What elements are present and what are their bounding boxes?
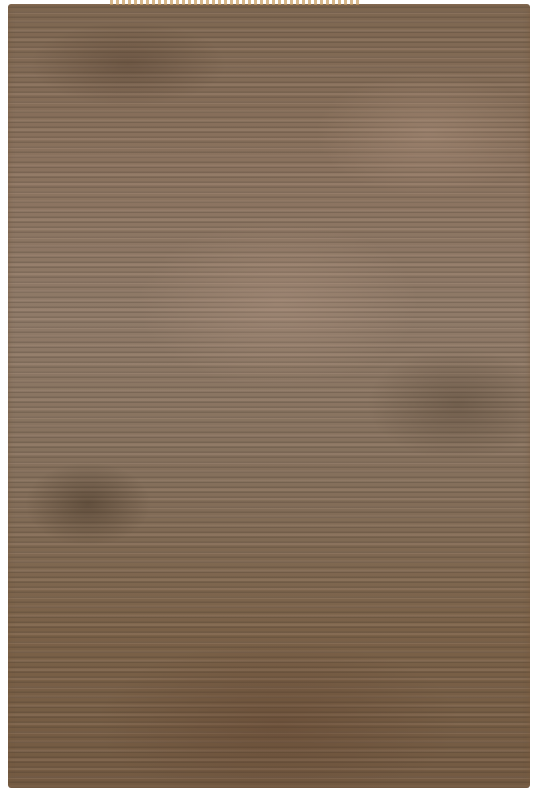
- rug-fringe: [110, 0, 360, 5]
- rug-photo: [8, 4, 530, 788]
